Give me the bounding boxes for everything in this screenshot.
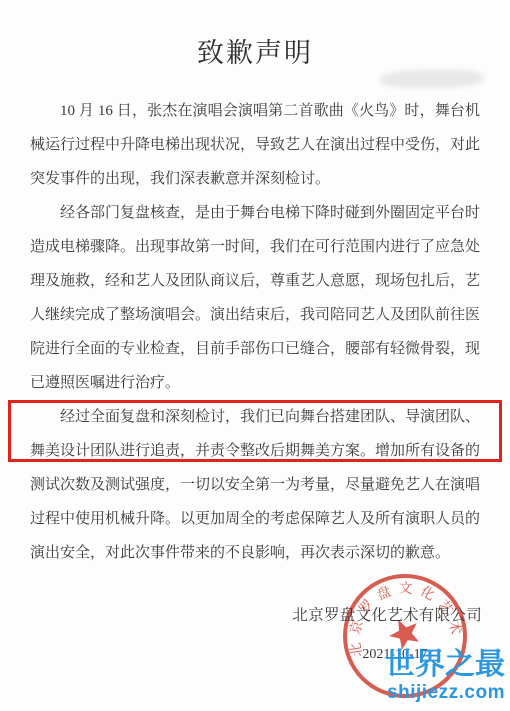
body-line: 经各部门复盘核查，是由于舞台电梯下降时碰到外圈固定平台时: [30, 196, 480, 230]
body-line: 过程中使用机械升降。以更加周全的考虑保障艺人及所有演职人员的: [30, 502, 480, 536]
body-line: 人继续完成了整场演唱会。演出结束后，我司陪同艺人及团队前往医: [30, 298, 480, 332]
body-line: 械运行过程中升降电梯出现状况，导致艺人在演出过程中受伤，对此: [30, 128, 480, 162]
apology-statement-document: 致歉声明 10 月 16 日，张杰在演唱会演唱第二首歌曲《火鸟》时，舞台机 械运…: [0, 0, 510, 711]
body-line: 测试次数及测试强度，一切以安全第一为考量，尽量避免艺人在演唱: [30, 468, 480, 502]
document-title: 致歉声明: [0, 31, 510, 70]
body-line: 演出安全，对此次事件带来的不良影响，再次表示深切的歉意。: [30, 536, 480, 570]
signature-company: 北京罗盘文化艺术有限公司: [292, 603, 482, 625]
body-line: 造成电梯骤降。出现事故第一时间，我们在可行范围内进行了应急处: [30, 230, 480, 264]
red-highlight-box: [8, 400, 502, 462]
body-line: 突发事件的出现，我们深表歉意并深刻检讨。: [30, 162, 480, 196]
watermark-domain: shijiezz.com: [385, 683, 505, 702]
body-line: 院进行全面的专业检查，目前手部伤口已缝合，腰部有轻微骨裂，现: [30, 332, 480, 366]
watermark-title: 世界之最: [385, 650, 505, 680]
site-watermark: 世界之最 shijiezz.com: [385, 650, 505, 702]
scan-smudge: [380, 69, 484, 89]
body-line: 10 月 16 日，张杰在演唱会演唱第二首歌曲《火鸟》时，舞台机: [30, 94, 480, 128]
document-body: 10 月 16 日，张杰在演唱会演唱第二首歌曲《火鸟》时，舞台机 械运行过程中升…: [30, 94, 480, 570]
body-line: 已遵照医嘱进行治疗。: [30, 366, 480, 400]
body-line: 理及施救，经和艺人及团队商议后，尊重艺人意愿，现场包扎后，艺: [30, 264, 480, 298]
